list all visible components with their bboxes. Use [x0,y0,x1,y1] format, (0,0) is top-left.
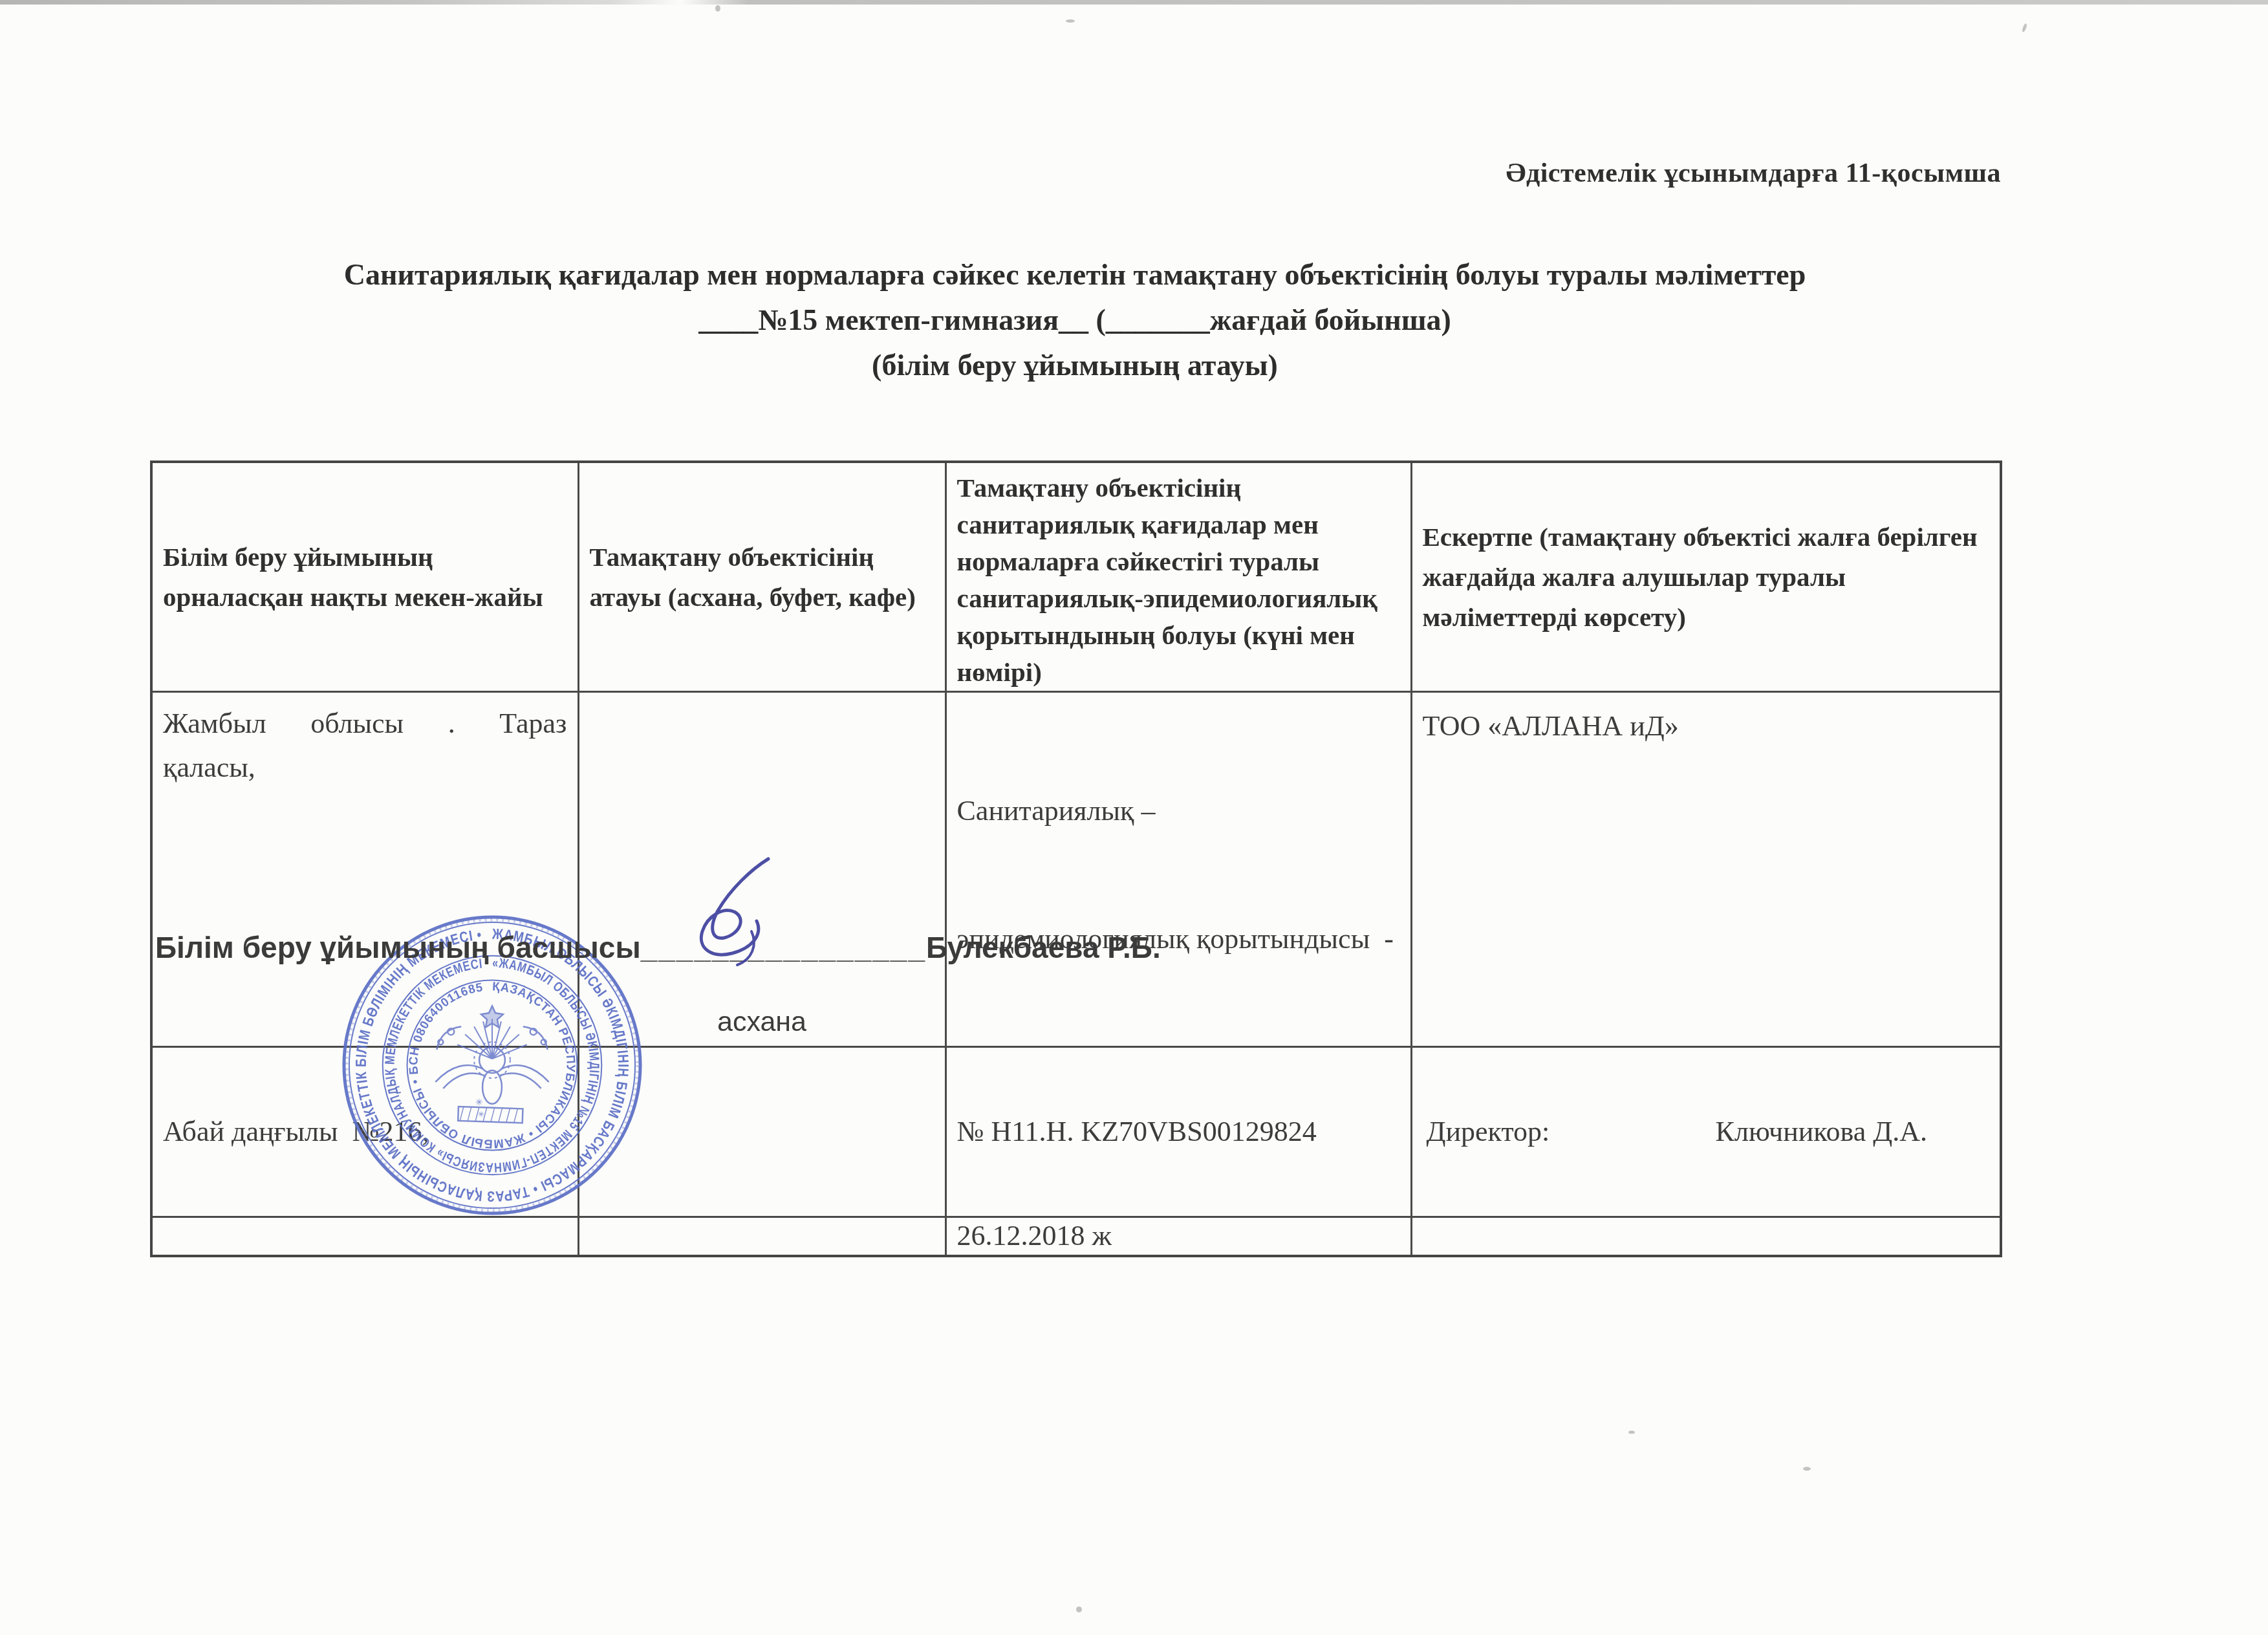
table-row: 26.12.2018 ж [151,1217,2001,1256]
empty-cell [151,1217,578,1256]
handwritten-signature-icon [654,855,790,981]
signatory-name: Булекбаева Р.Б. [926,931,1161,964]
cell-director: Директор: Ключникова Д.А. [1411,1047,2001,1217]
title-line-2: ____№15 мектеп-гимназия__ (_______жағдай… [150,298,2000,343]
header-facility-name: Тамақтану объектісінің атауы (асхана, бу… [578,462,945,692]
table-header-row: Білім беру ұйымының орналасқан нақты мек… [151,462,2001,692]
address-line-2: қаласы, [163,752,255,783]
wing-right [500,1065,549,1088]
conclusion-line-1: Санитариялық – [957,790,1400,832]
banner-hatched [458,1107,523,1123]
scan-artifact-top-edge [0,0,2268,5]
title-line-3: (білім беру ұйымының атауы) [150,343,2000,388]
sparkle-icon: ✳ [478,1110,484,1119]
crown-dot [541,1039,546,1045]
emblem-body [482,1070,502,1104]
scan-speck [1628,1431,1635,1434]
scan-speck [2022,23,2027,33]
kazakhstan-coat-of-arms-icon: ✳ ✳ [435,1006,548,1123]
header-note: Ескертпе (тамақтану объектісі жалға бері… [1411,462,2001,692]
signature-stroke [701,859,768,955]
scan-speck [1076,1607,1082,1612]
cell-conclusion-title: Санитариялық – эпидемиологиялық қорытынд… [945,692,1411,1047]
title-line-1: Санитариялық қағидалар мен нормаларға сә… [150,252,2000,298]
wing-left [435,1065,484,1088]
signature-label: Білім беру ұйымының басшысы [155,931,641,964]
director-row: Директор: Ключникова Д.А. [1423,1115,1990,1149]
scanned-document-page: Әдістемелік ұсынымдарға 11-қосымша Санит… [0,0,2268,1635]
document-title: Санитариялық қағидалар мен нормаларға сә… [150,252,2000,388]
scan-speck [1066,19,1075,23]
header-sanitary-conclusion: Тамақтану объектісінің санитариялық қағи… [945,462,1411,692]
director-name: Ключникова Д.А. [1716,1115,1927,1149]
sparkle-icon: ✳ [475,1098,483,1108]
cell-tenant-note: ТОО «АЛЛАНА иД» [1411,692,2001,1047]
crown-dot [438,1039,443,1045]
cell-conclusion-number: № Н11.Н. KZ70VBS00129824 [945,1047,1411,1217]
appendix-note: Әдістемелік ұсынымдарға 11-қосымша [1506,158,2001,189]
director-label: Директор: [1427,1115,1550,1149]
address-line-1: Жамбыл облысы . Тараз [163,702,567,746]
scan-speck [715,5,720,12]
empty-cell [578,1217,945,1256]
sun-rays [457,1019,527,1059]
empty-cell [1411,1217,2001,1256]
scan-speck [1803,1467,1811,1471]
header-address: Білім беру ұйымының орналасқан нақты мек… [151,462,578,692]
cell-conclusion-date: 26.12.2018 ж [945,1217,1411,1256]
